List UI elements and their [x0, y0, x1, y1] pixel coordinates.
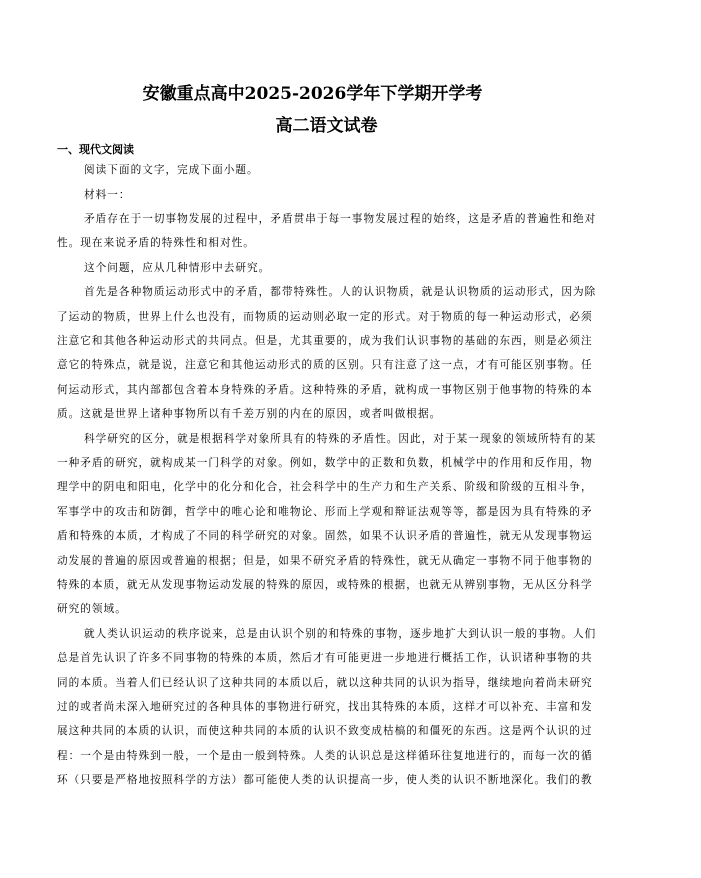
- text-line: 注意它和其他各种运动形式的共同点。但是，尤其重要的，成为我们认识事物的基础的东西…: [57, 334, 653, 348]
- text-line: 动发展的普遍的原因或普遍的根据；但是，如果不研究矛盾的特殊性，就无从确定一事物不…: [57, 554, 653, 568]
- text-line: 特殊的本质，就无从发现事物运动发展的特殊的原因，或特殊的根据，也就无从辨别事物，…: [57, 578, 653, 592]
- text-line: 科学研究的区分，就是根据科学对象所具有的特殊的矛盾性。因此，对于某一现象的领域所…: [84, 432, 653, 446]
- document-title: 安徽重点高中2025-2026学年下学期开学考: [0, 84, 663, 104]
- text-line: 性。现在来说矛盾的特殊性和相对性。: [57, 236, 653, 250]
- section-heading: 一、现代文阅读: [57, 143, 134, 157]
- text-line: 矛盾存在于一切事物发展的过程中，矛盾贯串于每一事物发展过程的始终，这是矛盾的普遍…: [84, 212, 653, 226]
- text-line: 首先是各种物质运动形式中的矛盾，都带特殊性。人的认识物质，就是认识物质的运动形式…: [84, 285, 653, 299]
- text-line: 军事学中的攻击和防御，哲学中的唯心论和唯物论、形而上学观和辩证法观等等，都是因为…: [57, 505, 653, 519]
- document-subtitle: 高二语文试卷: [0, 116, 677, 136]
- text-line: 程：一个是由特殊到一般，一个是由一般到特殊。人类的认识总是这样循环往复地进行的，…: [57, 749, 653, 763]
- text-line: 阅读下面的文字，完成下面小题。: [84, 163, 653, 177]
- text-line: 一种矛盾的研究，就构成某一门科学的对象。例如，数学中的正数和负数，机械学中的作用…: [57, 456, 653, 470]
- text-line: 理学中的阴电和阳电，化学中的化分和化合，社会科学中的生产力和生产关系、阶级和阶级…: [57, 480, 653, 494]
- text-line: 就人类认识运动的秩序说来，总是由认识个别的和特殊的事物，逐步地扩大到认识一般的事…: [84, 627, 653, 641]
- text-line: 这个问题，应从几种情形中去研究。: [84, 261, 653, 275]
- text-line: 总是首先认识了许多不同事物的特殊的本质，然后才有可能更进一步地进行概括工作，认识…: [57, 651, 653, 665]
- text-line: 环（只要是严格地按照科学的方法）都可能使人类的认识提高一步，使人类的认识不断地深…: [57, 773, 653, 787]
- text-line: 了运动的物质，世界上什么也没有，而物质的运动则必取一定的形式。对于物质的每一种运…: [57, 310, 653, 324]
- document-page: 安徽重点高中2025-2026学年下学期开学考 高二语文试卷 一、现代文阅读 阅…: [0, 0, 701, 878]
- text-line: 意它的特殊点，就是说，注意它和其他运动形式的质的区别。只有注意了这一点，才有可能…: [57, 358, 653, 372]
- text-line: 质。这就是世界上诸种事物所以有千差万别的内在的原因，或者叫做根据。: [57, 407, 653, 421]
- text-line: 展这种共同的本质的认识，而使这种共同的本质的认识不致变成枯槁的和僵死的东西。这是…: [57, 724, 653, 738]
- text-line: 材料一：: [84, 188, 653, 202]
- text-line: 过的或者尚未深入地研究过的各种具体的事物进行研究，找出其特殊的本质，这样才可以补…: [57, 700, 653, 714]
- text-line: 同的本质。当着人们已经认识了这种共同的本质以后，就以这种共同的认识为指导，继续地…: [57, 676, 653, 690]
- text-line: 盾和特殊的本质，才构成了不同的科学研究的对象。固然，如果不认识矛盾的普遍性，就无…: [57, 529, 653, 543]
- text-line: 研究的领域。: [57, 602, 653, 616]
- text-line: 何运动形式，其内部都包含着本身特殊的矛盾。这种特殊的矛盾，就构成一事物区别于他事…: [57, 383, 653, 397]
